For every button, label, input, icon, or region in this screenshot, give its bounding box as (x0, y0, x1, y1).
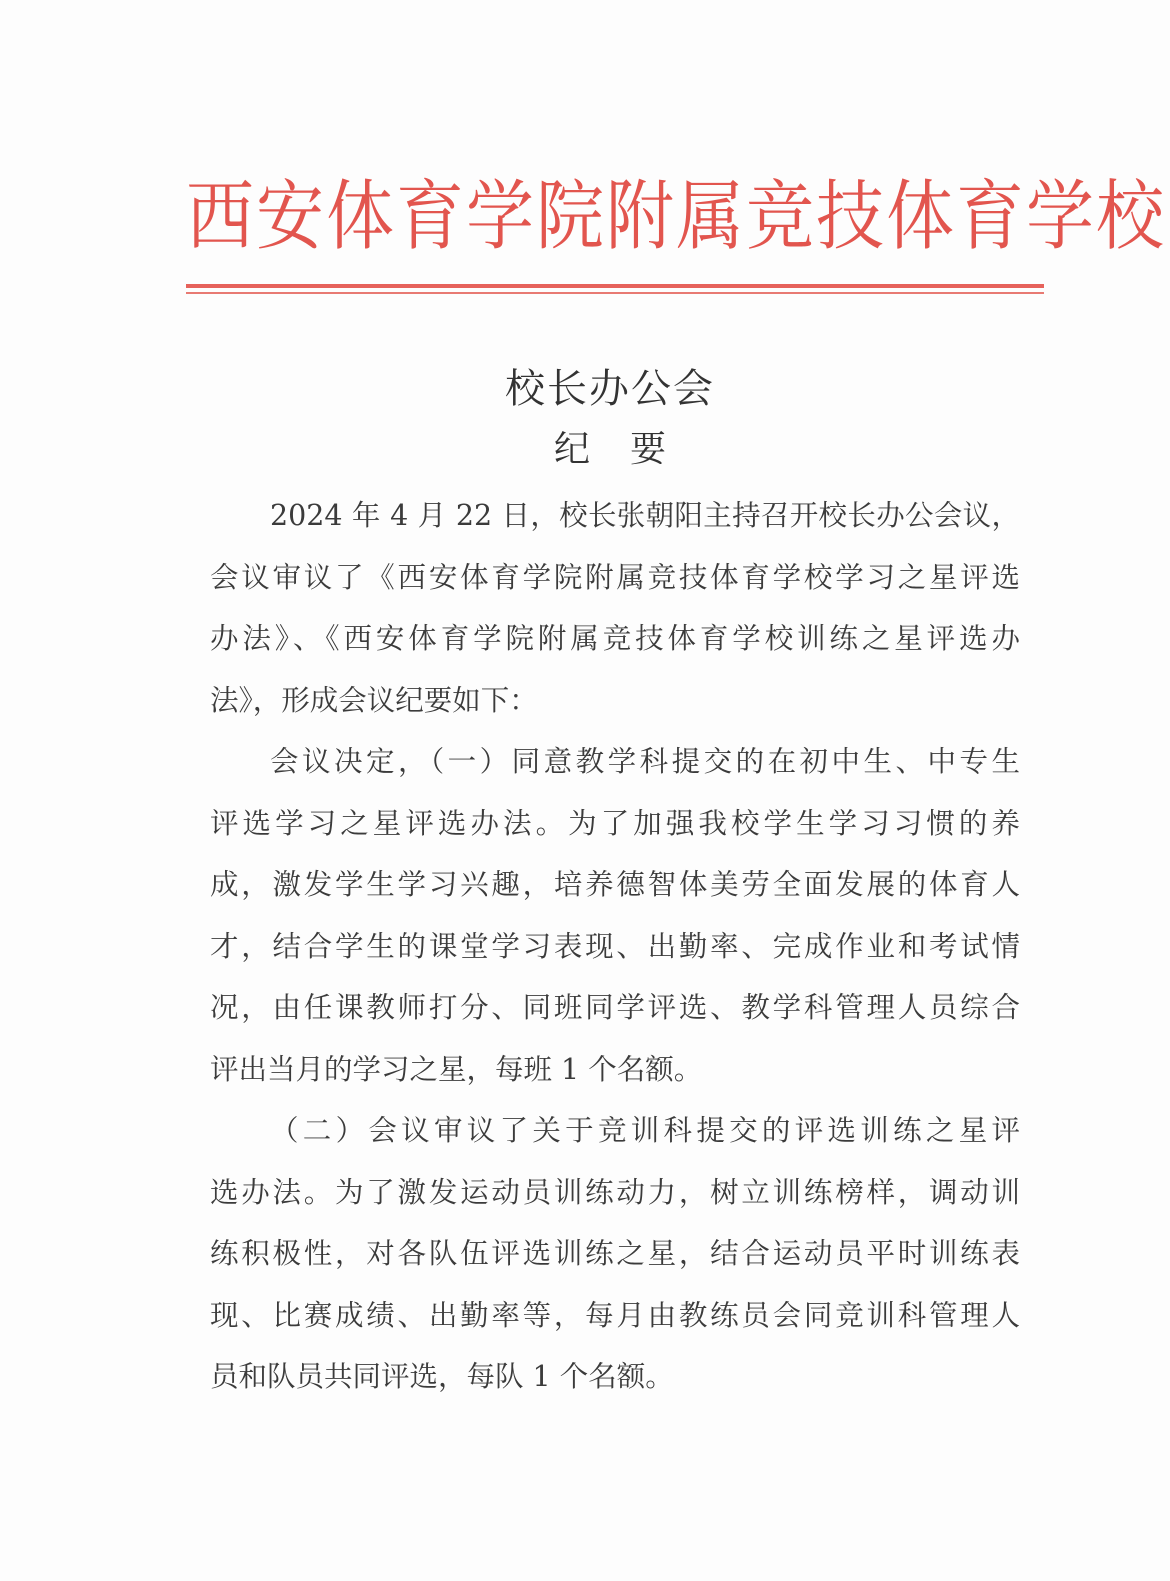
document-heading-sub: 纪要 (0, 424, 1170, 476)
paragraph-line: 会议审议了《西安体育学院附属竞技体育学校学习之星评选 (210, 547, 1020, 609)
paragraph-line: 选办法。为了激发运动员训练动力，树立训练榜样，调动训 (210, 1162, 1020, 1224)
paragraph-line: 评选学习之星评选办法。为了加强我校学生学习习惯的养 (210, 793, 1020, 855)
paragraph-line: 练积极性，对各队伍评选训练之星，结合运动员平时训练表 (210, 1223, 1020, 1285)
paragraph-meeting-intro: 2024 年 4 月 22 日，校长张朝阳主持召开校长办公会议， 会议审议了《西… (210, 485, 1020, 731)
paragraph-decision-one: 会议决定，（一）同意教学科提交的在初中生、中专生 评选学习之星评选办法。为了加强… (210, 731, 1020, 1100)
paragraph-line: 会议决定，（一）同意教学科提交的在初中生、中专生 (210, 731, 1020, 793)
paragraph-line: 成，激发学生学习兴趣，培养德智体美劳全面发展的体育人 (210, 854, 1020, 916)
paragraph-line: 法》，形成会议纪要如下： (210, 670, 1020, 732)
paragraph-line: 评出当月的学习之星，每班 1 个名额。 (210, 1039, 1020, 1101)
paragraph-line: 员和队员共同评选，每队 1 个名额。 (210, 1346, 1020, 1408)
paragraph-line: （二）会议审议了关于竞训科提交的评选训练之星评 (210, 1100, 1020, 1162)
letterhead-title: 西安体育学院附属竞技体育学校 (186, 162, 1046, 274)
paragraph-line: 办法》、《西安体育学院附属竞技体育学校训练之星评选办 (210, 608, 1020, 670)
paragraph-line: 2024 年 4 月 22 日，校长张朝阳主持召开校长办公会议， (210, 485, 1020, 547)
document-page: 西安体育学院附属竞技体育学校 校长办公会 纪要 2024 年 4 月 22 日，… (0, 0, 1170, 1581)
paragraph-decision-two: （二）会议审议了关于竞训科提交的评选训练之星评 选办法。为了激发运动员训练动力，… (210, 1100, 1020, 1408)
letterhead-rule-thick (186, 284, 1044, 288)
paragraph-line: 现、比赛成绩、出勤率等，每月由教练员会同竞训科管理人 (210, 1285, 1020, 1347)
letterhead-rule-thin (186, 292, 1044, 294)
document-heading-main: 校长办公会 (0, 362, 1170, 416)
paragraph-line: 况，由任课教师打分、同班同学评选、教学科管理人员综合 (210, 977, 1020, 1039)
document-body: 2024 年 4 月 22 日，校长张朝阳主持召开校长办公会议， 会议审议了《西… (210, 485, 1020, 1408)
paragraph-line: 才，结合学生的课堂学习表现、出勤率、完成作业和考试情 (210, 916, 1020, 978)
